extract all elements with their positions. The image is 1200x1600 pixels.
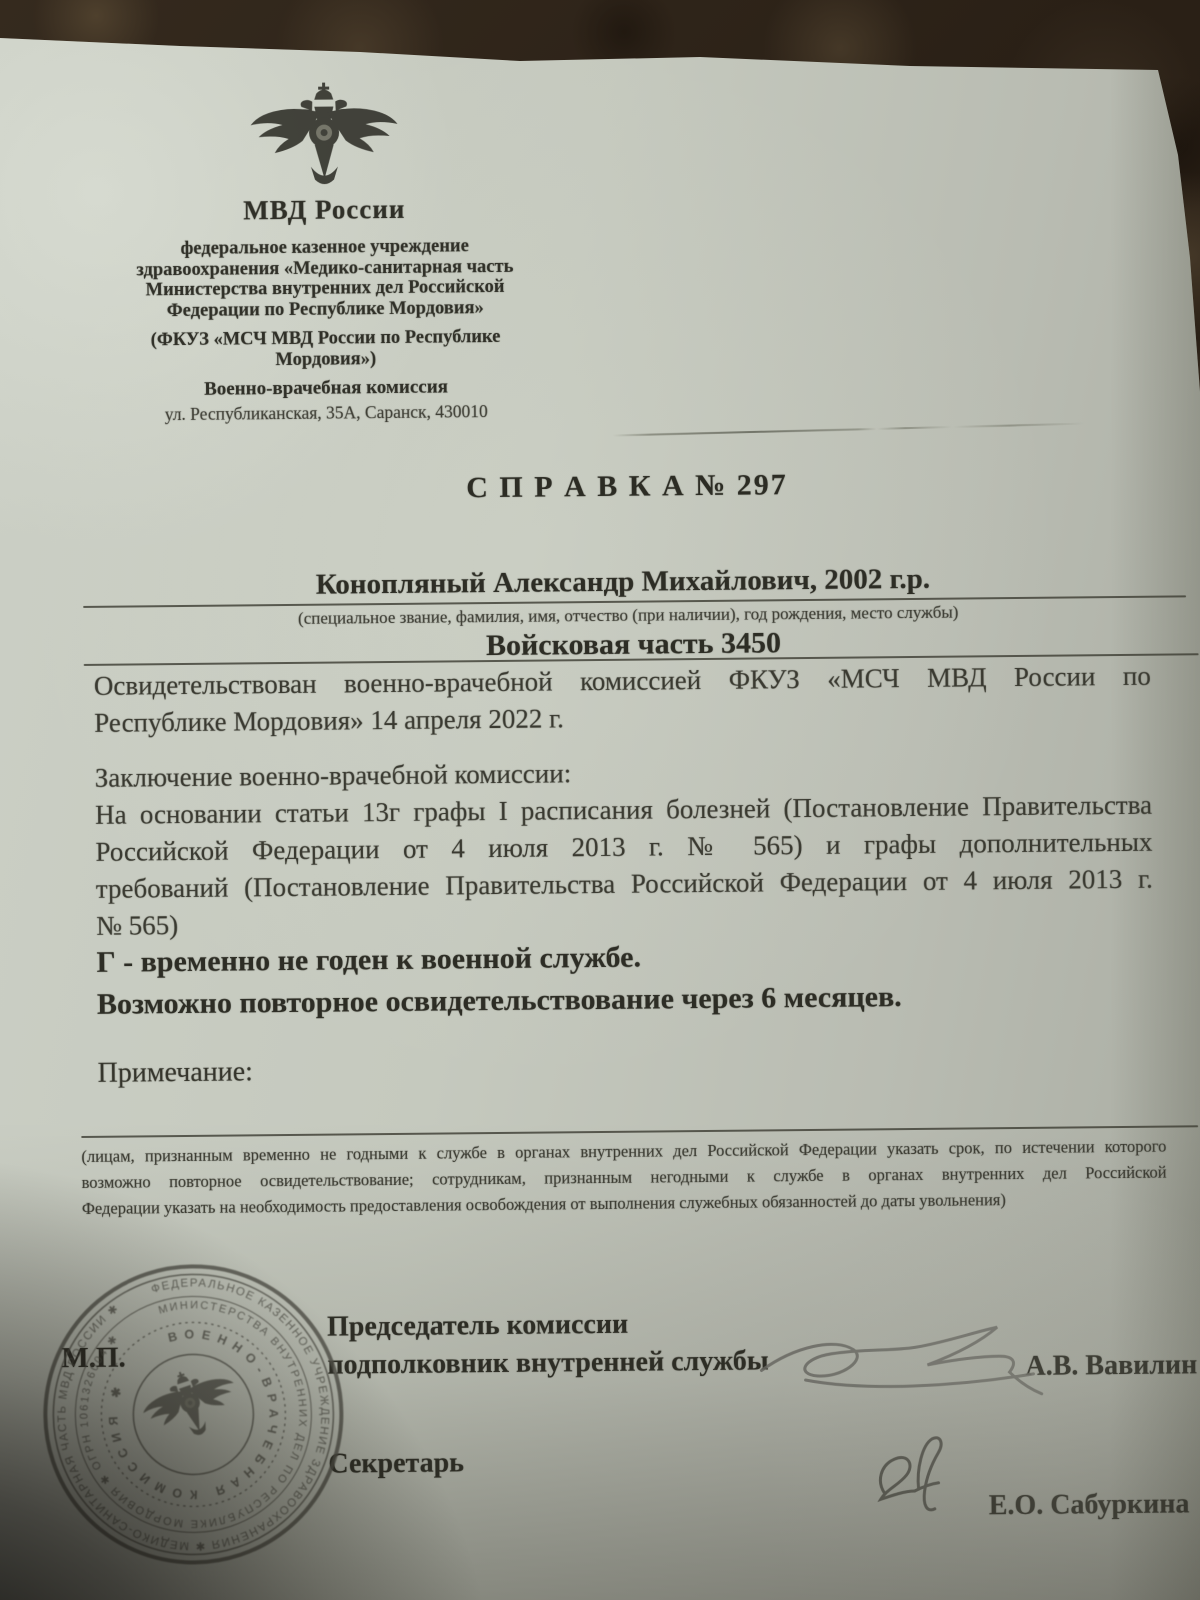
conclusion-line: требований (Постановление Правительства … [96, 864, 1153, 904]
chairman-signature [755, 1314, 1056, 1407]
address-line: ул. Республиканская, 35А, Саранск, 43001… [96, 400, 556, 425]
conclusion-line: На основании статьи 13г графы I расписан… [95, 790, 1152, 830]
verdict-reexam-line: Возможно повторное освидетельствование ч… [97, 978, 1157, 1022]
org-short-name: (ФКУЗ «МСЧ МВД России по Республике Морд… [95, 326, 555, 371]
secretary-signature [854, 1429, 955, 1525]
conclusion-label: Заключение военно-врачебной комиссии: [95, 753, 1152, 793]
chairman-role-line2: подполковник внутренней службы [327, 1345, 769, 1381]
mvd-double-headed-eagle-icon [248, 82, 399, 187]
letterhead: МВД России федеральное казенное учрежден… [93, 80, 556, 425]
conclusion-line: Российской Федерации от 4 июля 2013 г. №… [95, 827, 1152, 867]
round-official-stamp: ФЕДЕРАЛЬНОЕ КАЗЕННОЕ УЧРЕЖДЕНИЕ ЗДРАВООХ… [29, 1250, 357, 1578]
document-content: МВД России федеральное казенное учрежден… [0, 0, 1200, 1600]
note-label: Примечание: [97, 1056, 253, 1089]
examined-line: Республике Мордовия» 14 апреля 2022 г. [94, 698, 1151, 738]
examined-line: Освидетельствован военно-врачебной комис… [94, 661, 1151, 701]
paper-crease [613, 423, 1085, 437]
chairman-role-line1: Председатель комиссии [327, 1309, 628, 1344]
photo-of-document: { "photo": { "paper_color": "#c5c9be", "… [0, 0, 1200, 1600]
conclusion-line: № 565) [96, 901, 1153, 941]
commission-line: Военно-врачебная комиссия [96, 375, 556, 401]
document-paper: МВД России федеральное казенное учрежден… [0, 0, 1200, 1600]
org-title: МВД России [94, 192, 554, 227]
org-full-name: федеральное казенное учреждение здравоох… [95, 235, 556, 321]
verdict-category-line: Г - временно не годен к военной службе. [96, 936, 1156, 980]
secretary-name: Е.О. Сабуркина [989, 1488, 1190, 1522]
certificate-title: С П Р А В К А № 297 [52, 464, 1200, 509]
